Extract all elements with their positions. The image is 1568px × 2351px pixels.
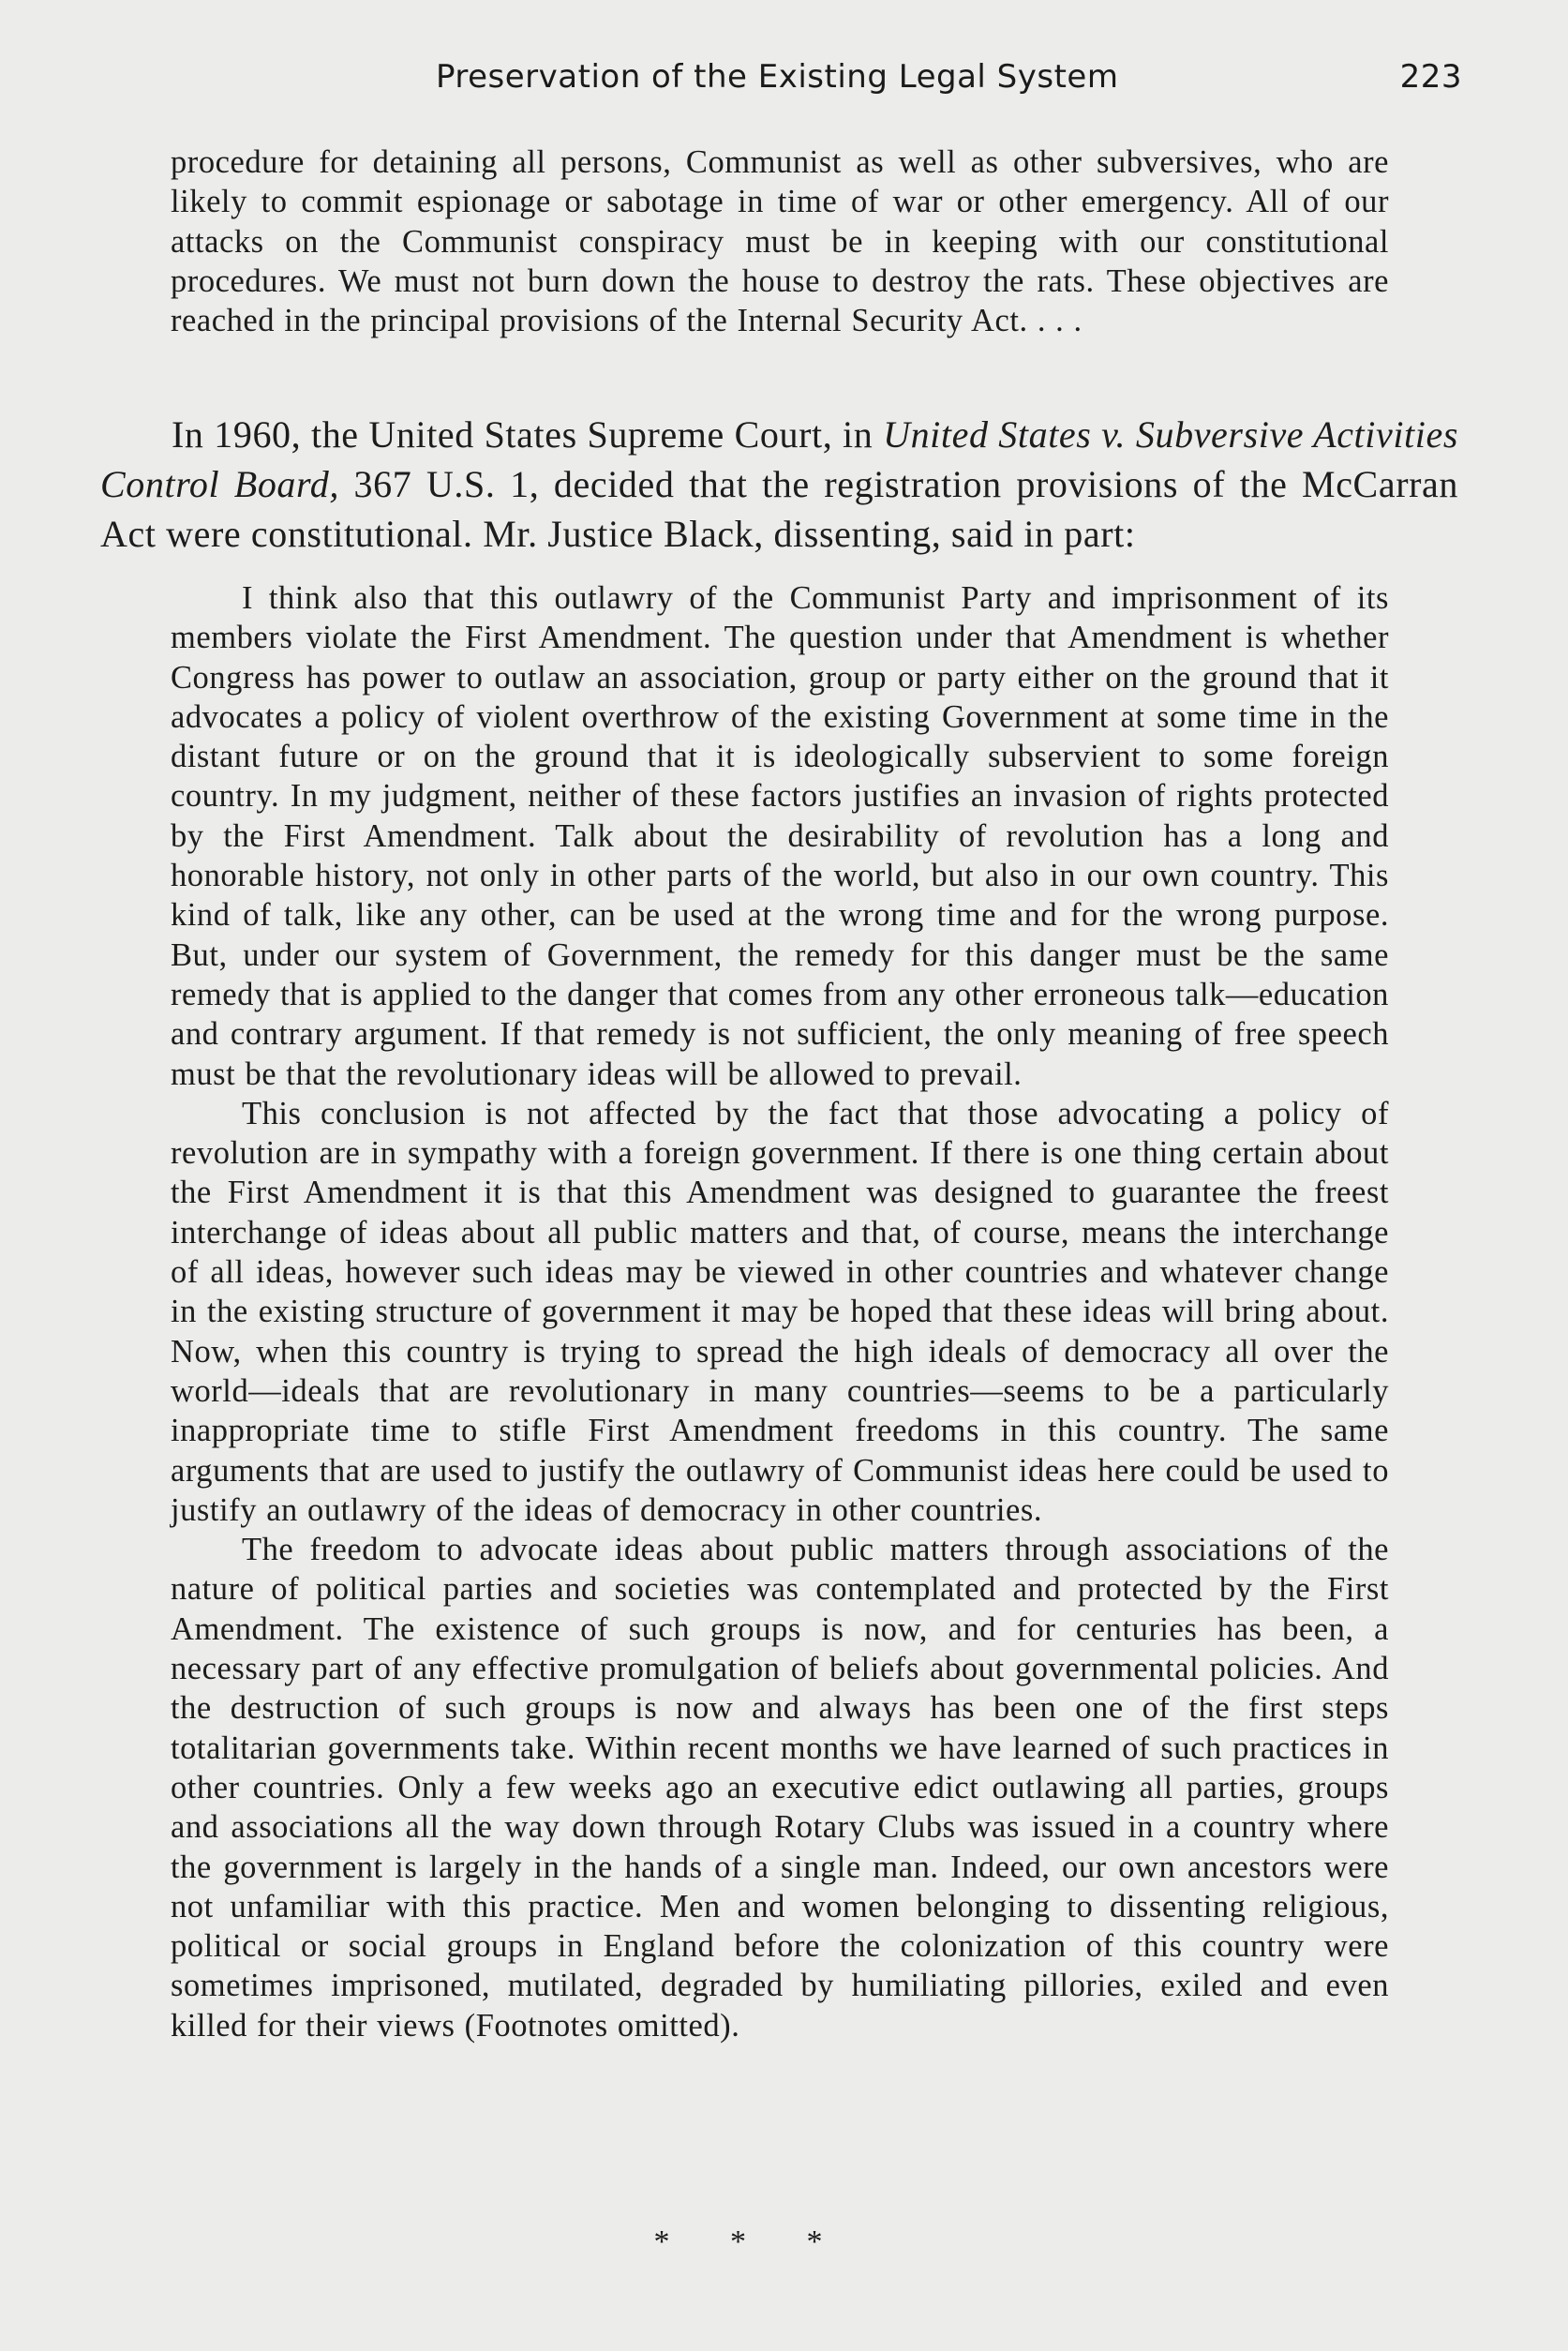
dissent-paragraph: I think also that this outlawry of the C… xyxy=(171,578,1389,1094)
page-number: 223 xyxy=(1400,58,1462,96)
dissent-quote: I think also that this outlawry of the C… xyxy=(171,578,1389,2045)
running-head-title: Preservation of the Existing Legal Syste… xyxy=(436,58,1118,96)
quote-continued: procedure for detaining all persons, Com… xyxy=(171,142,1389,340)
quote-continued-text: procedure for detaining all persons, Com… xyxy=(171,142,1389,340)
body-paragraph-text: In 1960, the United States Supreme Court… xyxy=(100,410,1458,559)
body-lead: In 1960, the United States Supreme Court… xyxy=(172,413,883,456)
dissent-paragraph: The freedom to advocate ideas about publ… xyxy=(171,1530,1389,2045)
body-paragraph: In 1960, the United States Supreme Court… xyxy=(100,410,1458,559)
dissent-paragraph: This conclusion is not affected by the f… xyxy=(171,1094,1389,1530)
section-break: * * * xyxy=(0,2224,1568,2260)
